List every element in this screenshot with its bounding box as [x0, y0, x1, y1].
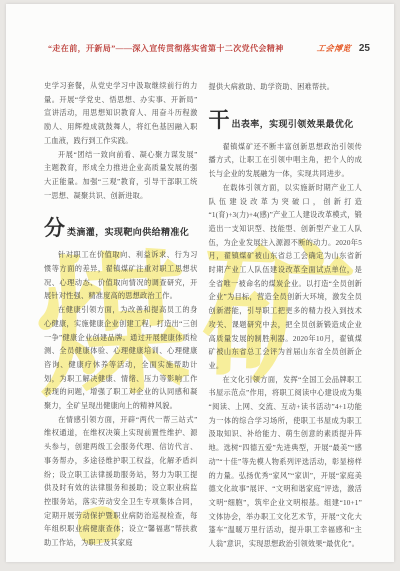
paragraph: 提供大病救助、助学资助、困难帮扶。 — [209, 81, 363, 95]
column-strapline: “走在前，开新局”——深入宣传贯彻落实省第十二次党代会精神 — [48, 43, 284, 54]
section-heading-initial: 干 — [209, 110, 230, 131]
section-heading-initial: 分 — [44, 218, 65, 239]
paragraph: 在文化引领方面，发挥“全国工会品牌职工书屋示范点”作用，将职工阅读中心建设成为集… — [209, 374, 363, 552]
paragraph: 在载体引领方面，以实施新时期产业工人队伍建设改革为突破口，创新打造“1(育)+3… — [209, 182, 363, 374]
scanned-magazine-page: “走在前，开新局”——深入宣传贯彻落实省第十二次党代会精神 工会博览 25 煤 … — [0, 0, 400, 571]
paragraph: 开展“团结一致向前看、凝心聚力谋发展”主题教育，形成全力推进企业高质量发展的强大… — [44, 149, 198, 204]
paragraph: 在健康引领方面，为改善和提高员工的身心健康，实施健康企业创建工程，打造出“三创一… — [44, 304, 198, 414]
section-heading-1: 分 类滴灌，实现靶向供给精准化 — [44, 218, 198, 239]
paragraph: 翟镇煤矿还不断丰富创新思想政治引领传播方式，让职工在引领中唱主角，把个人的成长与… — [209, 141, 363, 182]
section-heading-text: 类滴灌，实现靶向供给精准化 — [67, 225, 189, 238]
page-number: 25 — [359, 43, 370, 54]
page-sheet: “走在前，开新局”——深入宣传贯彻落实省第十二次党代会精神 工会博览 25 煤 … — [6, 4, 394, 562]
paragraph: 史学习套餐，从党史学习中汲取继续前行的力量。开展“学党史、悟思想、办实事、开新局… — [44, 80, 198, 149]
section-heading-2: 干 出表率，实现引领效果最优化 — [209, 110, 363, 131]
left-column: 史学习套餐，从党史学习中汲取继续前行的力量。开展“学党史、悟思想、办实事、开新局… — [44, 80, 198, 510]
running-head: “走在前，开新局”——深入宣传贯彻落实省第十二次党代会精神 工会博览 25 — [48, 41, 370, 55]
right-column: 提供大病救助、助学资助、困难帮扶。 干 出表率，实现引领效果最优化 翟镇煤矿还不… — [209, 80, 363, 510]
paragraph: 针对职工在价值取向、利益诉求、行为习惯等方面的差异，翟镇煤矿注重对职工思想状况、… — [44, 249, 198, 304]
article-body: 史学习套餐，从党史学习中汲取继续前行的力量。开展“学党史、悟思想、办实事、开新局… — [44, 80, 362, 510]
magazine-logo: 工会博览 — [316, 43, 352, 54]
paragraph: 在情感引领方面，开辟“两代一帮三站式”维权通道，在维权决策上实现前置性维护、源头… — [44, 414, 198, 551]
section-heading-text: 出表率，实现引领效果最优化 — [232, 117, 354, 130]
